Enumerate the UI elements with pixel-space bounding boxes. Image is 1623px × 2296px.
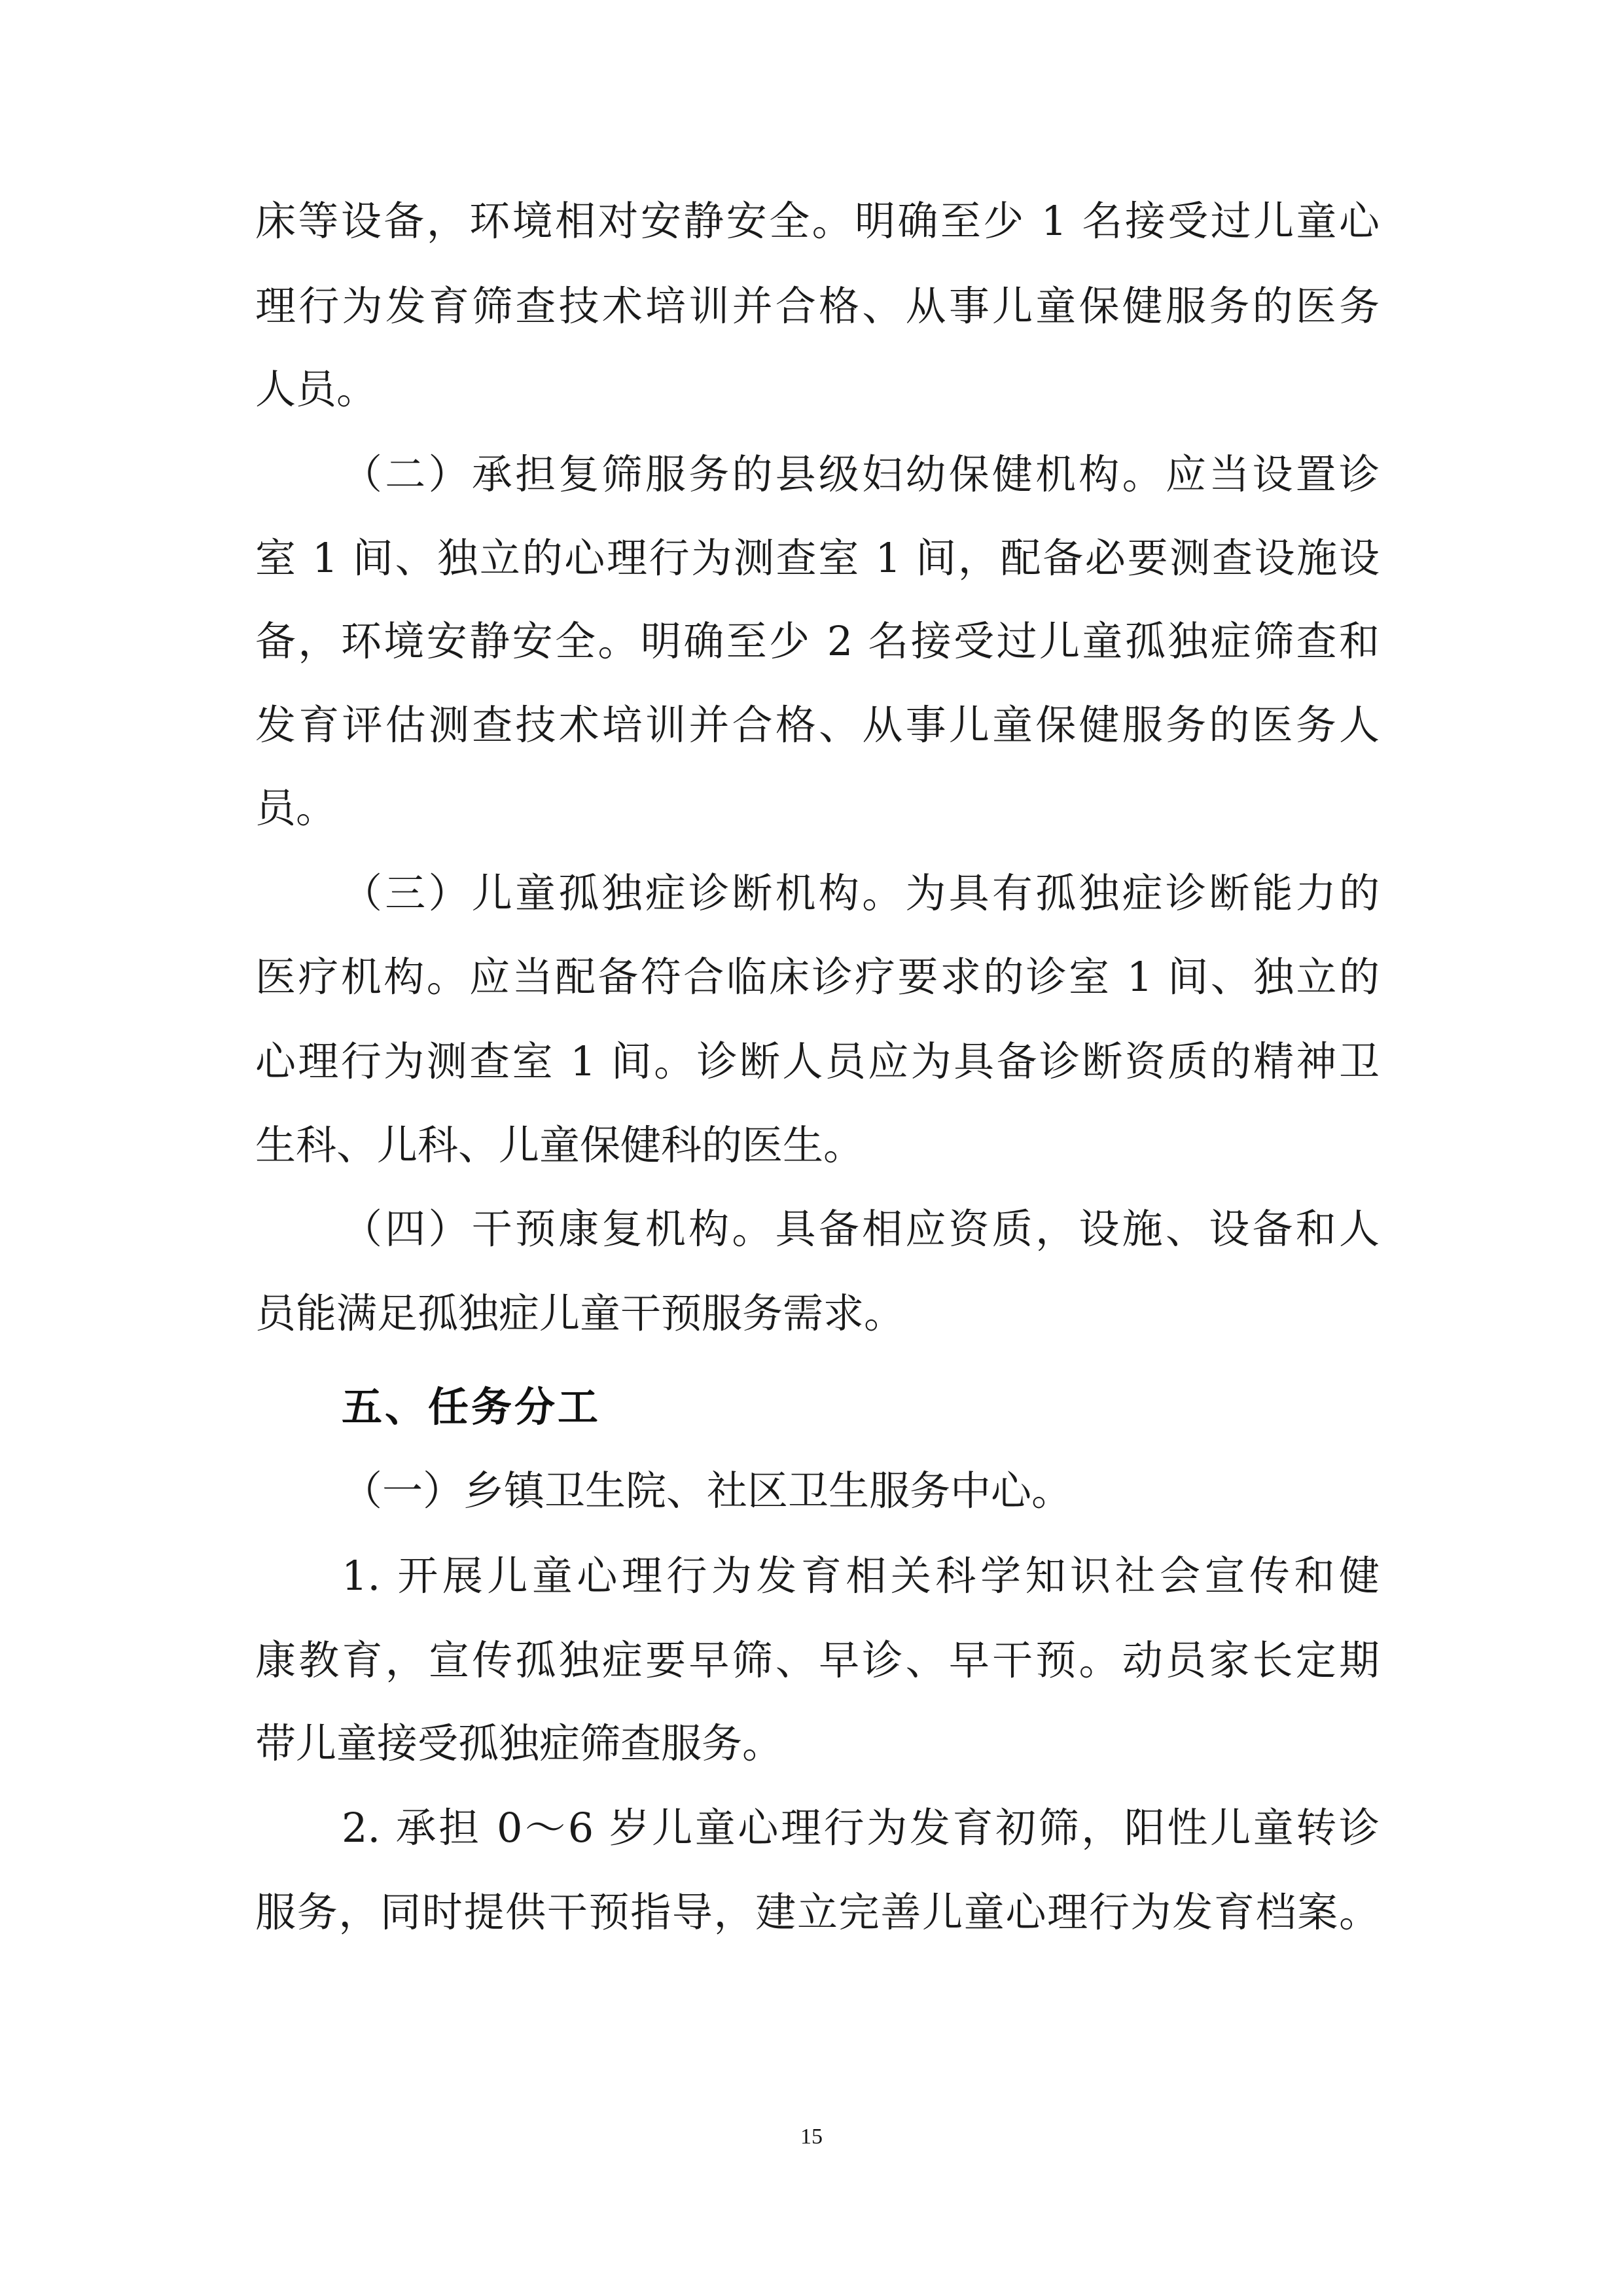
section-3-line: （三）儿童孤独症诊断机构。为具有孤独症诊断能力的	[342, 867, 1380, 920]
text-line: 床等设备，环境相对安静安全。明确至少 1 名接受过儿童心	[255, 195, 1380, 247]
text-line: 心理行为测查室 1 间。诊断人员应为具备诊断资质的精神卫	[255, 1035, 1380, 1088]
text-line: 服务，同时提供干预指导，建立完善儿童心理行为发育档案。	[255, 1886, 1380, 1939]
item-2-line: 2. 承担 0～6 岁儿童心理行为发育初筛，阳性儿童转诊	[342, 1802, 1380, 1854]
document-page: 床等设备，环境相对安静安全。明确至少 1 名接受过儿童心 理行为发育筛查技术培训…	[0, 0, 1623, 2296]
section-4-line: （四）干预康复机构。具备相应资质，设施、设备和人	[342, 1203, 1380, 1255]
subsection-1-line: （一）乡镇卫生院、社区卫生服务中心。	[342, 1465, 1380, 1517]
text-line: 生科、儿科、儿童保健科的医生。	[255, 1119, 1380, 1172]
text-line: 发育评估测查技术培训并合格、从事儿童保健服务的医务人	[255, 699, 1380, 751]
text-line: 室 1 间、独立的心理行为测查室 1 间，配备必要测查设施设	[255, 532, 1380, 584]
section-heading: 五、任务分工	[342, 1381, 601, 1433]
item-1-line: 1. 开展儿童心理行为发育相关科学知识社会宣传和健	[342, 1550, 1380, 1602]
text-line: 员。	[255, 782, 1380, 834]
page-number: 15	[779, 2121, 844, 2153]
text-line: 人员。	[255, 363, 1380, 416]
text-line: 带儿童接受孤独症筛查服务。	[255, 1717, 1380, 1770]
text-line: 康教育，宣传孤独症要早筛、早诊、早干预。动员家长定期	[255, 1634, 1380, 1687]
text-line: 医疗机构。应当配备符合临床诊疗要求的诊室 1 间、独立的	[255, 951, 1380, 1003]
section-2-line: （二）承担复筛服务的县级妇幼保健机构。应当设置诊	[342, 448, 1380, 501]
text-line: 备，环境安静安全。明确至少 2 名接受过儿童孤独症筛查和	[255, 615, 1380, 668]
text-line: 员能满足孤独症儿童干预服务需求。	[255, 1287, 1380, 1340]
text-line: 理行为发育筛查技术培训并合格、从事儿童保健服务的医务	[255, 280, 1380, 332]
